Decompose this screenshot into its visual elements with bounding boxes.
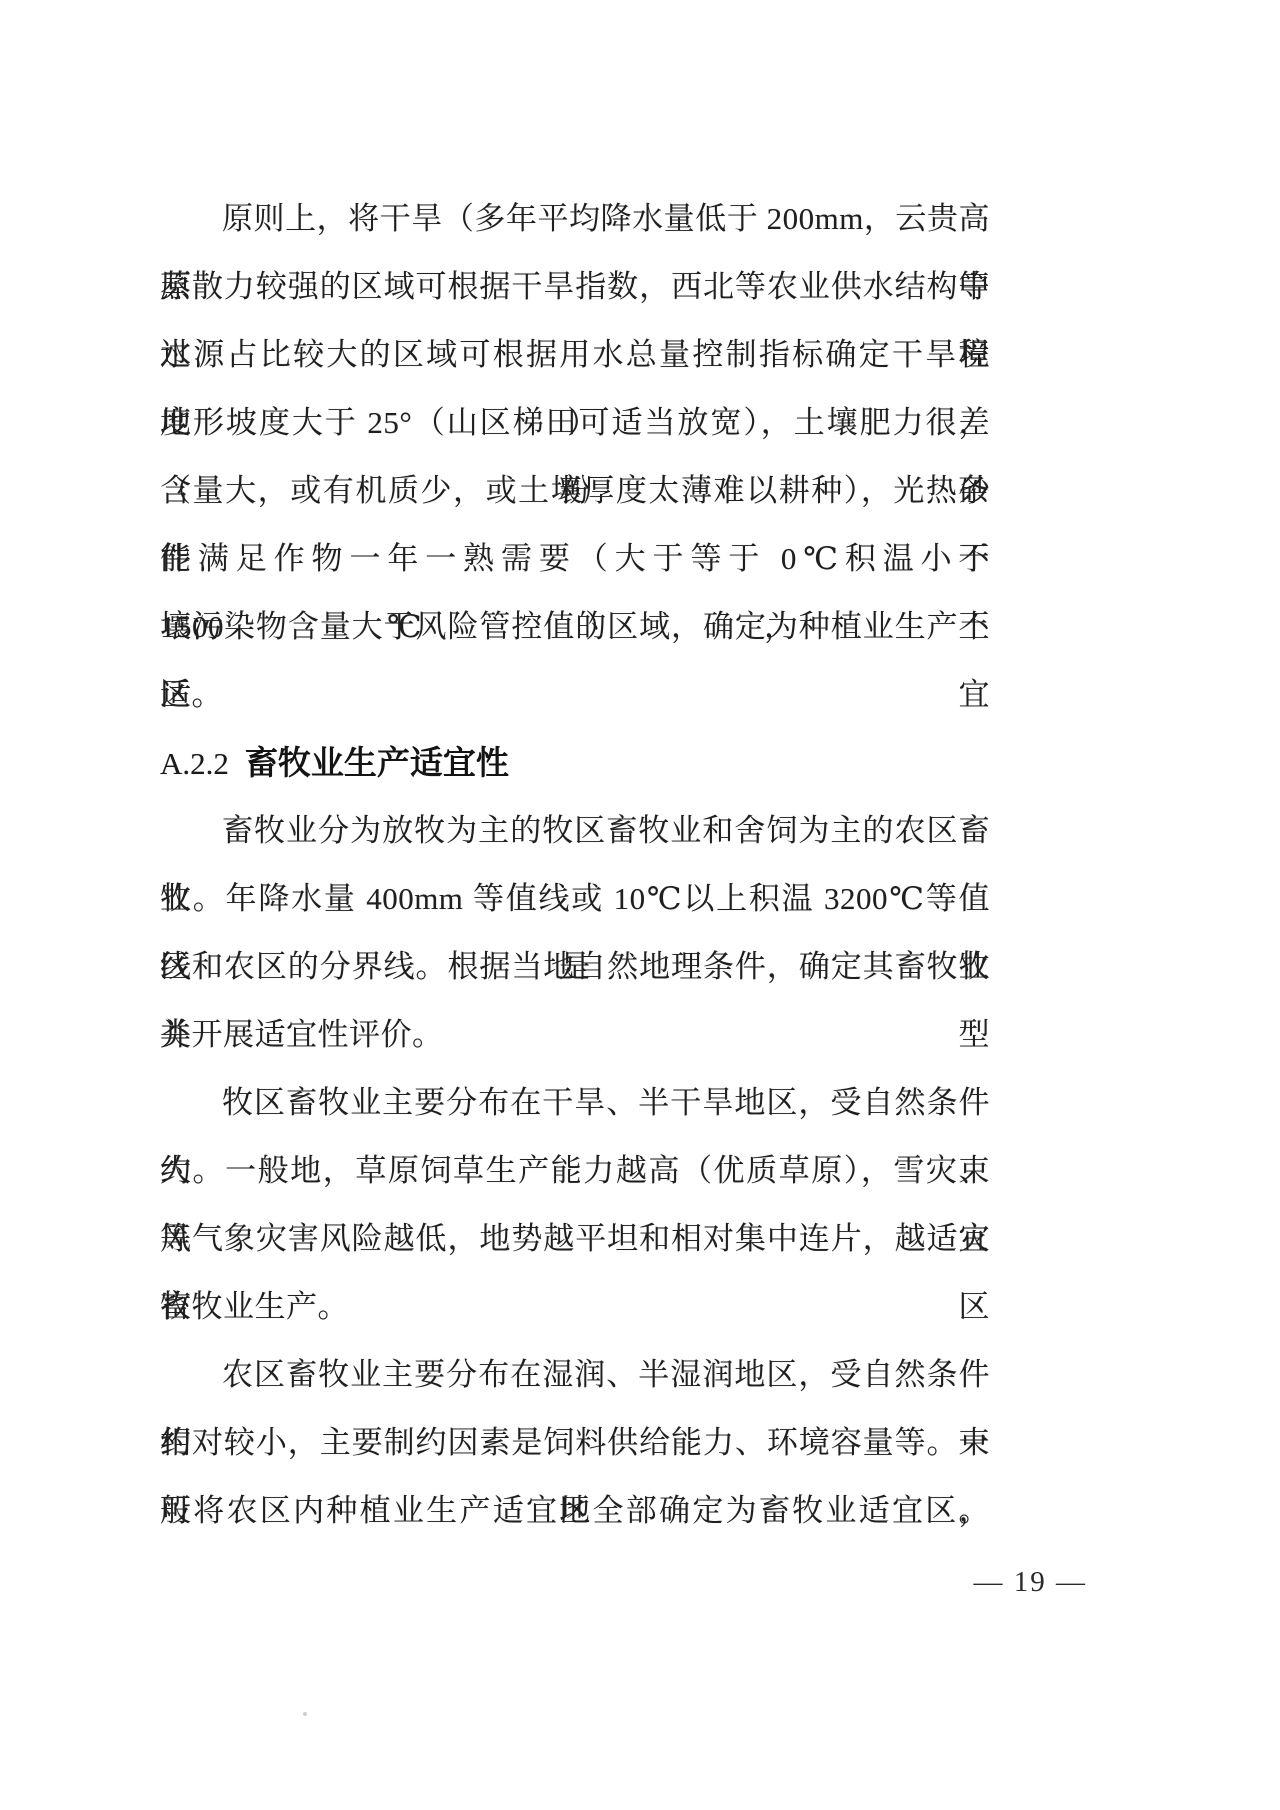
text-line: 可将农区内种植业生产适宜区全部确定为畜牧业适宜区。 <box>160 1477 990 1545</box>
text-line: 牧区畜牧业主要分布在干旱、半干旱地区，受自然条件约束 <box>160 1069 990 1137</box>
text-line: 区和农区的分界线。根据当地自然地理条件，确定其畜牧业类型 <box>160 933 990 1001</box>
text-line: 能满足作物一年一熟需要（大于等于 0℃积温小于 1500℃），土 <box>160 525 990 593</box>
paragraph-livestock-intro: 畜牧业分为放牧为主的牧区畜牧业和舍饲为主的农区畜牧业。年降水量 400mm 等值… <box>160 797 990 1069</box>
paragraph-pastoral-area: 牧区畜牧业主要分布在干旱、半干旱地区，受自然条件约束大。一般地，草原饲草生产能力… <box>160 1069 990 1341</box>
text-line: 大。一般地，草原饲草生产能力越高（优质草原），雪灾、风灾 <box>160 1137 990 1205</box>
page-number: — 19 — <box>974 1562 1088 1602</box>
text-line: 水源占比较大的区域可根据用水总量控制指标确定干旱程度）， <box>160 321 990 389</box>
text-line: 等气象灾害风险越低，地势越平坦和相对集中连片，越适宜牧区 <box>160 1205 990 1273</box>
text-line: 相对较小，主要制约因素是饲料供给能力、环境容量等。一般地， <box>160 1409 990 1477</box>
document-page: 原则上，将干旱（多年平均降水量低于 200mm，云贵高原等蒸散力较强的区域可根据… <box>0 0 1280 1810</box>
section-heading: A.2.2畜牧业生产适宜性 <box>160 729 990 797</box>
text-line: 畜牧业分为放牧为主的牧区畜牧业和舍饲为主的农区畜牧 <box>160 797 990 865</box>
paragraph-agricultural-area: 农区畜牧业主要分布在湿润、半湿润地区，受自然条件约束相对较小，主要制约因素是饲料… <box>160 1341 990 1545</box>
text-line: 农区畜牧业主要分布在湿润、半湿润地区，受自然条件约束 <box>160 1341 990 1409</box>
text-line: 含量大，或有机质少，或土壤厚度太薄难以耕种），光热条件不 <box>160 457 990 525</box>
text-line: 壤污染物含量大于风险管控值的区域，确定为种植业生产不适宜 <box>160 593 990 661</box>
scan-artifact-dot <box>303 1712 307 1716</box>
text-line: 蒸散力较强的区域可根据干旱指数，西北等农业供水结构中过境 <box>160 253 990 321</box>
section-number: A.2.2 <box>160 746 229 781</box>
text-line: 业。年降水量 400mm 等值线或 10℃以上积温 3200℃等值线是牧 <box>160 865 990 933</box>
paragraph-planting-unsuitable: 原则上，将干旱（多年平均降水量低于 200mm，云贵高原等蒸散力较强的区域可根据… <box>160 185 990 729</box>
text-line: 原则上，将干旱（多年平均降水量低于 200mm，云贵高原等 <box>160 185 990 253</box>
section-title: 畜牧业生产适宜性 <box>245 744 509 781</box>
text-line: 地形坡度大于 25°（山区梯田可适当放宽），土壤肥力很差（粉砂 <box>160 389 990 457</box>
document-body: 原则上，将干旱（多年平均降水量低于 200mm，云贵高原等蒸散力较强的区域可根据… <box>160 185 990 1545</box>
